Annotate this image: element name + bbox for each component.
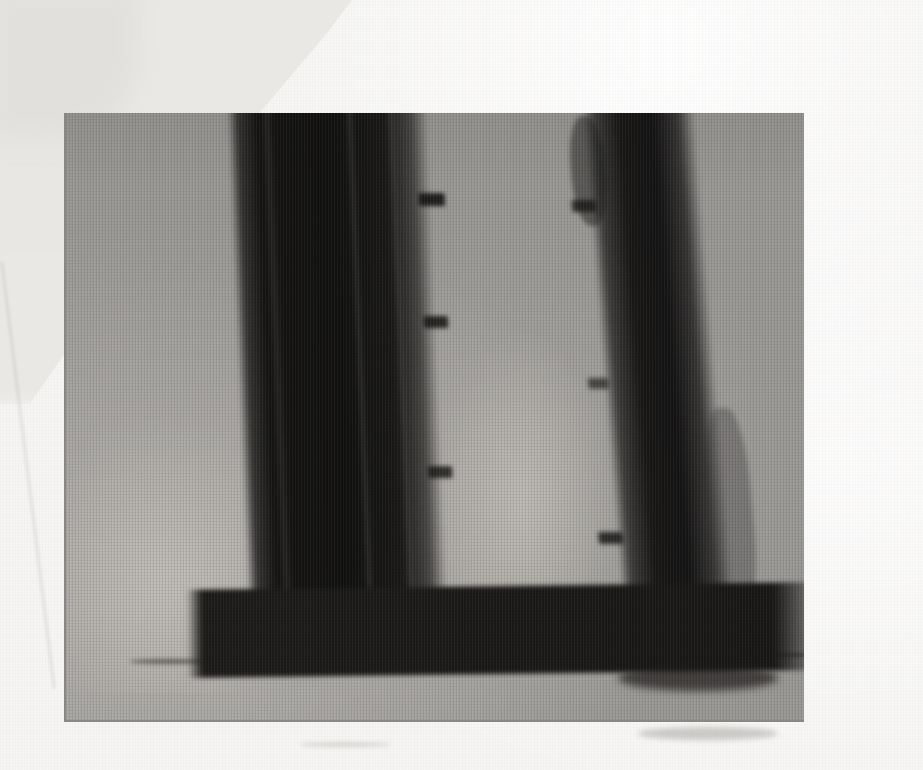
base-bar-thin-line-left: [130, 659, 210, 664]
base-bar-thin-line-right: [766, 653, 804, 657]
halftone-photograph: [64, 113, 804, 722]
column-spur: [571, 200, 596, 212]
column-spur: [428, 466, 453, 478]
right-dark-column: [582, 113, 735, 613]
column-streak: [347, 113, 373, 613]
column-spur: [424, 316, 449, 328]
column-spur: [419, 193, 446, 206]
page-smudge-faint: [300, 742, 390, 747]
column-streak: [263, 113, 291, 613]
page-smudge: [638, 727, 778, 740]
column-streak: [389, 113, 414, 613]
left-dark-column: [227, 113, 448, 613]
column-spur: [598, 532, 623, 544]
scanned-page: [0, 0, 923, 770]
base-bar-smudge: [618, 665, 778, 691]
dark-base-bar: [186, 582, 804, 678]
column-spur: [588, 378, 609, 389]
